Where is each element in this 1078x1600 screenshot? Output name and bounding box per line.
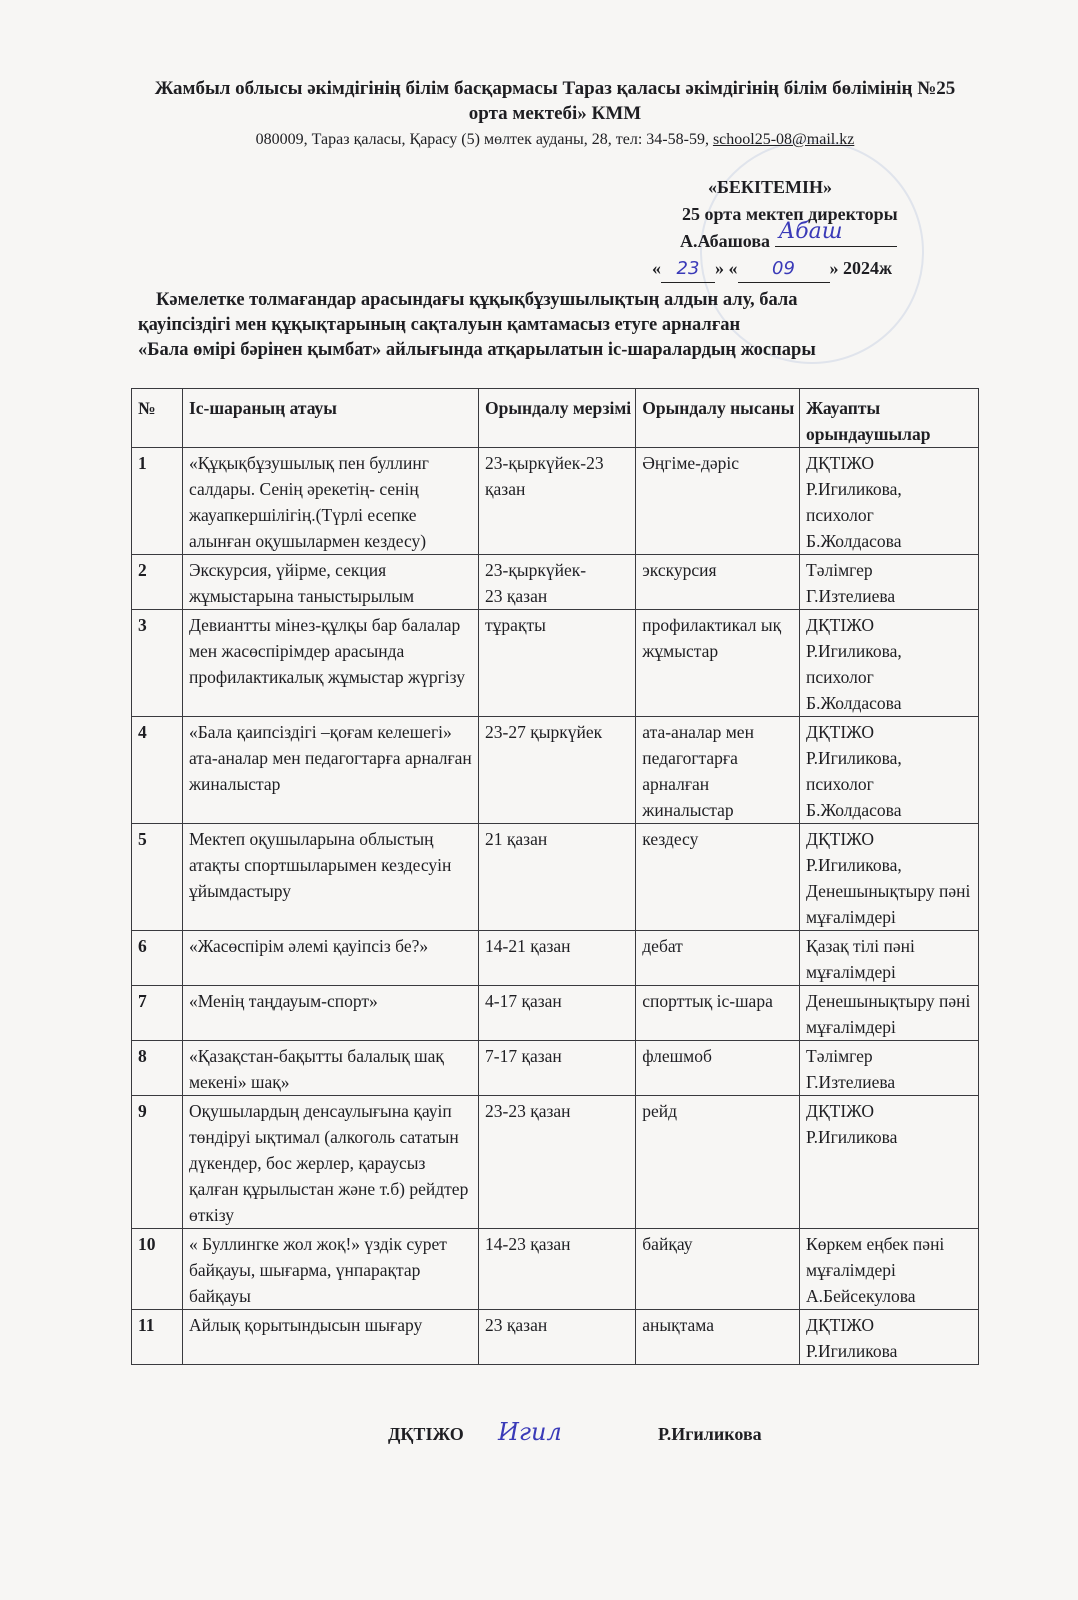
activity-name: Мектеп оқушыларына облыстың атақты спорт… bbox=[182, 824, 478, 931]
address-line: 080009, Тараз қаласы, Қарасу (5) мөлтек … bbox=[150, 127, 960, 153]
approval-block: «БЕКІТЕМІН» 25 орта мектеп директоры А.А… bbox=[650, 174, 970, 283]
row-number: 10 bbox=[132, 1229, 183, 1310]
director-name: А.Абашова bbox=[680, 231, 770, 251]
document-title: Кәмелетке толмағандар арасындағы құқықбұ… bbox=[138, 288, 958, 363]
footer-name: Р.Игиликова bbox=[658, 1424, 762, 1444]
deadline: 4-17 қазан bbox=[479, 986, 636, 1041]
activities-table: № Іс-шараның атауы Орындалу мерзімі Орын… bbox=[131, 388, 979, 1365]
deadline: 21 қазан bbox=[479, 824, 636, 931]
table-row: 1«Құқықбұзушылық пен буллинг салдары. Се… bbox=[132, 448, 979, 555]
footer-signature: ДҚТІЖОИгилР.Игиликова bbox=[388, 1418, 808, 1446]
row-number: 4 bbox=[132, 717, 183, 824]
table-row: 10« Буллингке жол жоқ!» үздік сурет байқ… bbox=[132, 1229, 979, 1310]
approval-year: » 2024ж bbox=[830, 258, 893, 278]
deadline: 23-27 қыркүйек bbox=[479, 717, 636, 824]
responsible: Тәлімгер Г.Изтелиева bbox=[800, 1041, 979, 1096]
deadline: 7-17 қазан bbox=[479, 1041, 636, 1096]
deadline: 23-қыркүйек- 23 қазан bbox=[479, 555, 636, 610]
activity-name: « Буллингке жол жоқ!» үздік сурет байқау… bbox=[182, 1229, 478, 1310]
table-row: 2Экскурсия, үйірме, секция жұмыстарына т… bbox=[132, 555, 979, 610]
table-row: 6«Жасөспірім әлемі қауіпсіз бе?»14-21 қа… bbox=[132, 931, 979, 986]
director-line: А.Абашова Абаш bbox=[650, 228, 970, 255]
table-row: 5Мектеп оқушыларына облыстың атақты спор… bbox=[132, 824, 979, 931]
responsible: Көркем еңбек пәні мұғалімдері А.Бейсекул… bbox=[800, 1229, 979, 1310]
responsible: Тәлімгер Г.Изтелиева bbox=[800, 555, 979, 610]
activity-name: «Менің таңдауым-спорт» bbox=[182, 986, 478, 1041]
director-signature: Абаш bbox=[779, 218, 843, 245]
approval-date: «23» «09» 2024ж bbox=[650, 255, 970, 283]
deadline: 14-21 қазан bbox=[479, 931, 636, 986]
row-number: 3 bbox=[132, 610, 183, 717]
email-link[interactable]: school25-08@mail.kz bbox=[713, 131, 854, 148]
responsible: ДҚТІЖО Р.Игиликова bbox=[800, 1310, 979, 1365]
row-number: 9 bbox=[132, 1096, 183, 1229]
table-header-row: № Іс-шараның атауы Орындалу мерзімі Орын… bbox=[132, 389, 979, 448]
form: дебат bbox=[636, 931, 800, 986]
approval-month: 09 bbox=[738, 255, 830, 283]
activity-name: Оқушылардың денсаулығына қауіп төндіруі … bbox=[182, 1096, 478, 1229]
activity-name: «Құқықбұзушылық пен буллинг салдары. Сен… bbox=[182, 448, 478, 555]
form: флешмоб bbox=[636, 1041, 800, 1096]
deadline: 23 қазан bbox=[479, 1310, 636, 1365]
activity-name: Экскурсия, үйірме, секция жұмыстарына та… bbox=[182, 555, 478, 610]
approval-title: «БЕКІТЕМІН» bbox=[650, 174, 970, 201]
director-signature-line: Абаш bbox=[775, 228, 897, 247]
form: профилактикал ық жұмыстар bbox=[636, 610, 800, 717]
responsible: ДҚТІЖО Р.Игиликова, Денешынықтыру пәні м… bbox=[800, 824, 979, 931]
table-row: 8«Қазақстан-бақытты балалық шақ мекені» … bbox=[132, 1041, 979, 1096]
form: рейд bbox=[636, 1096, 800, 1229]
table-row: 3Девиантты мінез-құлқы бар балалар мен ж… bbox=[132, 610, 979, 717]
row-number: 2 bbox=[132, 555, 183, 610]
deadline: 23-23 қазан bbox=[479, 1096, 636, 1229]
responsible: ДҚТІЖО Р.Игиликова, психолог Б.Жолдасова bbox=[800, 448, 979, 555]
header-responsible: Жауапты орындаушылар bbox=[800, 389, 979, 448]
organization-name: Жамбыл облысы әкімдігінің білім басқарма… bbox=[150, 76, 960, 126]
form: экскурсия bbox=[636, 555, 800, 610]
activity-name: Девиантты мінез-құлқы бар балалар мен жа… bbox=[182, 610, 478, 717]
table-row: 7«Менің таңдауым-спорт»4-17 қазанспортты… bbox=[132, 986, 979, 1041]
row-number: 8 bbox=[132, 1041, 183, 1096]
letterhead: Жамбыл облысы әкімдігінің білім басқарма… bbox=[150, 76, 960, 153]
address-text: 080009, Тараз қаласы, Қарасу (5) мөлтек … bbox=[256, 131, 713, 148]
header-activity-name: Іс-шараның атауы bbox=[182, 389, 478, 448]
form: анықтама bbox=[636, 1310, 800, 1365]
row-number: 11 bbox=[132, 1310, 183, 1365]
responsible: Қазақ тілі пәні мұғалімдері bbox=[800, 931, 979, 986]
row-number: 5 bbox=[132, 824, 183, 931]
responsible: ДҚТІЖО Р.Игиликова, психолог Б.Жолдасова bbox=[800, 717, 979, 824]
row-number: 6 bbox=[132, 931, 183, 986]
deadline: 14-23 қазан bbox=[479, 1229, 636, 1310]
responsible: ДҚТІЖО Р.Игиликова bbox=[800, 1096, 979, 1229]
activity-name: Айлық қорытындысын шығару bbox=[182, 1310, 478, 1365]
table-row: 9Оқушылардың денсаулығына қауіп төндіруі… bbox=[132, 1096, 979, 1229]
title-line-3: «Бала өмірі бәрінен қымбат» айлығында ат… bbox=[138, 338, 958, 363]
table-row: 4«Бала қаипсіздігі –қоғам келешегі» ата-… bbox=[132, 717, 979, 824]
deadline: тұрақты bbox=[479, 610, 636, 717]
approval-day: 23 bbox=[661, 255, 715, 283]
title-line-2: қауіпсіздігі мен құқықтарының сақталуын … bbox=[138, 313, 958, 338]
responsible: Денешынықтыру пәні мұғалімдері bbox=[800, 986, 979, 1041]
form: Әңгіме-дәріс bbox=[636, 448, 800, 555]
table-row: 11Айлық қорытындысын шығару23 қазананықт… bbox=[132, 1310, 979, 1365]
activity-name: «Жасөспірім әлемі қауіпсіз бе?» bbox=[182, 931, 478, 986]
row-number: 1 bbox=[132, 448, 183, 555]
footer-signature-scrawl: Игил bbox=[498, 1418, 658, 1446]
row-number: 7 bbox=[132, 986, 183, 1041]
header-number: № bbox=[132, 389, 183, 448]
responsible: ДҚТІЖО Р.Игиликова, психолог Б.Жолдасова bbox=[800, 610, 979, 717]
footer-role: ДҚТІЖО bbox=[388, 1424, 498, 1445]
header-form: Орындалу нысаны bbox=[636, 389, 800, 448]
document-page: Жамбыл облысы әкімдігінің білім басқарма… bbox=[0, 0, 1078, 1600]
activity-name: «Қазақстан-бақытты балалық шақ мекені» ш… bbox=[182, 1041, 478, 1096]
header-deadline: Орындалу мерзімі bbox=[479, 389, 636, 448]
form: спорттық іс-шара bbox=[636, 986, 800, 1041]
form: ата-аналар мен педагогтарға арналған жин… bbox=[636, 717, 800, 824]
title-line-1: Кәмелетке толмағандар арасындағы құқықбұ… bbox=[138, 288, 958, 313]
deadline: 23-қыркүйек-23 қазан bbox=[479, 448, 636, 555]
form: байқау bbox=[636, 1229, 800, 1310]
activity-name: «Бала қаипсіздігі –қоғам келешегі» ата-а… bbox=[182, 717, 478, 824]
form: кездесу bbox=[636, 824, 800, 931]
